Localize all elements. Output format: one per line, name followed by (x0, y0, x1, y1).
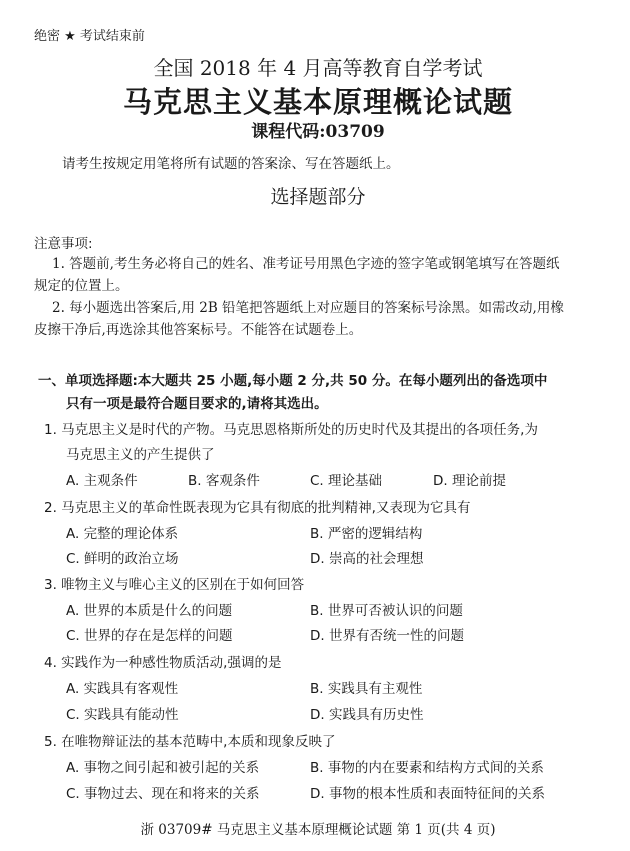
question-2-option-d: D. 崇高的社会理想 (310, 547, 423, 567)
question-4-option-c: C. 实践具有能动性 (66, 703, 179, 723)
question-5-option-d: D. 事物的根本性质和表面特征间的关系 (310, 782, 545, 802)
question-1-option-b: B. 客观条件 (188, 469, 260, 489)
confidential-label: 绝密 ★ 考试结束前 (34, 25, 145, 44)
section-heading-cont: 只有一项是最符合题目要求的,请将其选出。 (66, 392, 328, 412)
note-item-1: 1. 答题前,考生务必将自己的姓名、准考证号用黑色字迹的签字笔或钢笔填写在答题纸 (52, 252, 559, 272)
question-1-option-d: D. 理论前提 (433, 469, 506, 489)
question-5-option-a: A. 事物之间引起和被引起的关系 (66, 756, 259, 776)
question-5-option-b: B. 事物的内在要素和结构方式间的关系 (310, 756, 544, 776)
instruction: 请考生按规定用笔将所有试题的答案涂、写在答题纸上。 (62, 152, 400, 172)
question-4-option-a: A. 实践具有客观性 (66, 677, 178, 697)
note-item-2-cont: 皮擦干净后,再选涂其他答案标号。不能答在试题卷上。 (34, 318, 362, 338)
question-2-option-b: B. 严密的逻辑结构 (310, 522, 422, 542)
question-3-option-d: D. 世界有否统一性的问题 (310, 624, 464, 644)
exam-title: 全国 2018 年 4 月高等教育自学考试 (0, 52, 630, 81)
page-footer: 浙 03709# 马克思主义基本原理概论试题 第 1 页(共 4 页) (0, 818, 630, 838)
question-1-stem: 1. 马克思主义是时代的产物。马克思恩格斯所处的历史时代及其提出的各项任务,为 (44, 418, 538, 438)
subject-title: 马克思主义基本原理概论试题 (0, 80, 630, 121)
question-5-option-c: C. 事物过去、现在和将来的关系 (66, 782, 260, 802)
question-1-stem-cont: 马克思主义的产生提供了 (66, 443, 215, 463)
question-2-option-c: C. 鲜明的政治立场 (66, 547, 179, 567)
question-2-option-a: A. 完整的理论体系 (66, 522, 178, 542)
question-3-option-c: C. 世界的存在是怎样的问题 (66, 624, 233, 644)
note-item-1-cont: 规定的位置上。 (34, 274, 129, 294)
question-4-option-d: D. 实践具有历史性 (310, 703, 423, 723)
question-3-option-a: A. 世界的本质是什么的问题 (66, 599, 232, 619)
question-1-option-c: C. 理论基础 (310, 469, 382, 489)
part-title: 选择题部分 (0, 182, 630, 209)
section-heading: 一、单项选择题:本大题共 25 小题,每小题 2 分,共 50 分。在每小题列出… (38, 369, 547, 389)
note-item-2: 2. 每小题选出答案后,用 2B 铅笔把答题纸上对应题目的答案标号涂黑。如需改动… (52, 296, 564, 316)
notes-heading: 注意事项: (34, 232, 93, 252)
course-code: 课程代码:03709 (0, 117, 630, 142)
question-3-option-b: B. 世界可否被认识的问题 (310, 599, 463, 619)
question-3-stem: 3. 唯物主义与唯心主义的区别在于如何回答 (44, 573, 304, 593)
question-4-stem: 4. 实践作为一种感性物质活动,强调的是 (44, 651, 281, 671)
question-5-stem: 5. 在唯物辩证法的基本范畴中,本质和现象反映了 (44, 730, 335, 750)
question-2-stem: 2. 马克思主义的革命性既表现为它具有彻底的批判精神,又表现为它具有 (44, 496, 470, 516)
question-1-option-a: A. 主观条件 (66, 469, 138, 489)
question-4-option-b: B. 实践具有主观性 (310, 677, 422, 697)
